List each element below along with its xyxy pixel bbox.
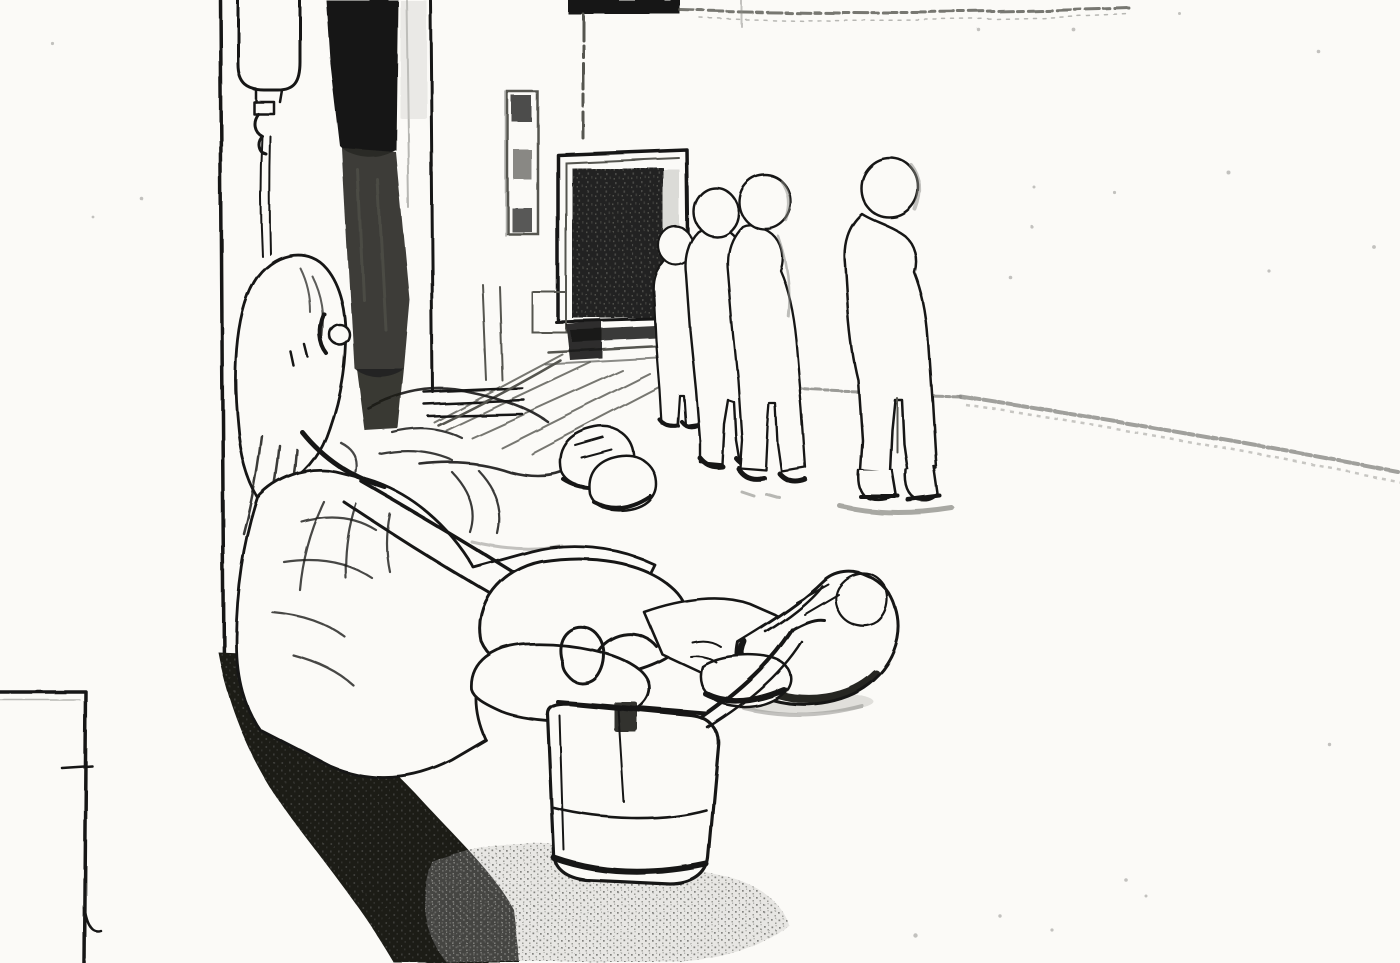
- sidelight-dark-top: [512, 96, 532, 122]
- sketch-canvas: Corridor sketch — seated figure and wait…: [0, 0, 1400, 963]
- standing-figure-right: [840, 158, 952, 513]
- sidelight-panel: [506, 92, 538, 236]
- standing-figures: [653, 158, 952, 513]
- speckle: [1072, 28, 1076, 32]
- wall-fixture: [238, 0, 300, 256]
- wall-top-line-faint: [700, 14, 1128, 20]
- step-block: [532, 292, 566, 332]
- speckle: [50, 41, 53, 44]
- speckle: [141, 198, 145, 202]
- tube-line: [269, 136, 270, 254]
- speckle: [1034, 187, 1037, 190]
- fixture-knob: [255, 114, 266, 154]
- speckle: [998, 914, 1001, 917]
- wall-top-edge: [568, 0, 1130, 142]
- junction-line-grain: [965, 404, 1400, 482]
- foot-shadow: [766, 494, 780, 498]
- corner-lines: [0, 692, 86, 963]
- sidelight-dark-mid: [514, 150, 532, 180]
- speckle: [1124, 878, 1128, 882]
- corner-tick: [62, 766, 92, 768]
- hip-stroke: [420, 462, 562, 476]
- speckle: [1328, 743, 1331, 746]
- junction-line-far: [960, 396, 1400, 472]
- speckle: [1113, 191, 1116, 194]
- fixture-valve: [254, 102, 274, 114]
- speckle: [1317, 50, 1321, 54]
- shoe-lower: [589, 456, 656, 511]
- fixture-body: [238, 0, 300, 90]
- wall-top-line: [680, 8, 1130, 13]
- speckle: [1179, 13, 1182, 16]
- door-lintel: [568, 0, 680, 14]
- figure-head: [694, 188, 738, 236]
- speckle: [92, 216, 95, 219]
- foot-shadow: [742, 492, 754, 496]
- ear: [329, 324, 349, 344]
- black-column-band: [312, 0, 398, 157]
- fold-strokes: [380, 428, 462, 460]
- column-right-edge: [430, 0, 433, 392]
- post-lines: [482, 284, 502, 380]
- speckle: [1268, 270, 1271, 273]
- sketch-page: Corridor sketch — seated figure and wait…: [0, 0, 1400, 963]
- speckle: [1372, 245, 1376, 249]
- column-shading: [342, 148, 410, 376]
- sidelight-dark-bottom: [512, 208, 532, 232]
- sketch-scene: [0, 0, 1400, 963]
- ground-shadow: [840, 506, 952, 513]
- gray-wash: [400, 0, 426, 118]
- speckle: [1008, 275, 1012, 279]
- corner-outline: [0, 692, 100, 963]
- door-opening: [572, 168, 664, 318]
- step-hatch: [434, 354, 674, 454]
- fixture-neck: [256, 90, 282, 102]
- figure-body: [845, 214, 936, 472]
- column-shading-tail: [356, 368, 404, 430]
- leg-strokes: [452, 470, 500, 534]
- corner-hook: [84, 908, 100, 931]
- speckle: [1030, 225, 1033, 228]
- speckle: [1145, 895, 1148, 898]
- frame-edge-line: [220, 0, 224, 668]
- speckle: [913, 933, 917, 937]
- speckle: [977, 28, 980, 31]
- tube-line: [261, 136, 263, 256]
- speckle: [1050, 928, 1053, 931]
- speckle: [1227, 171, 1231, 175]
- step-block-dark: [566, 320, 602, 360]
